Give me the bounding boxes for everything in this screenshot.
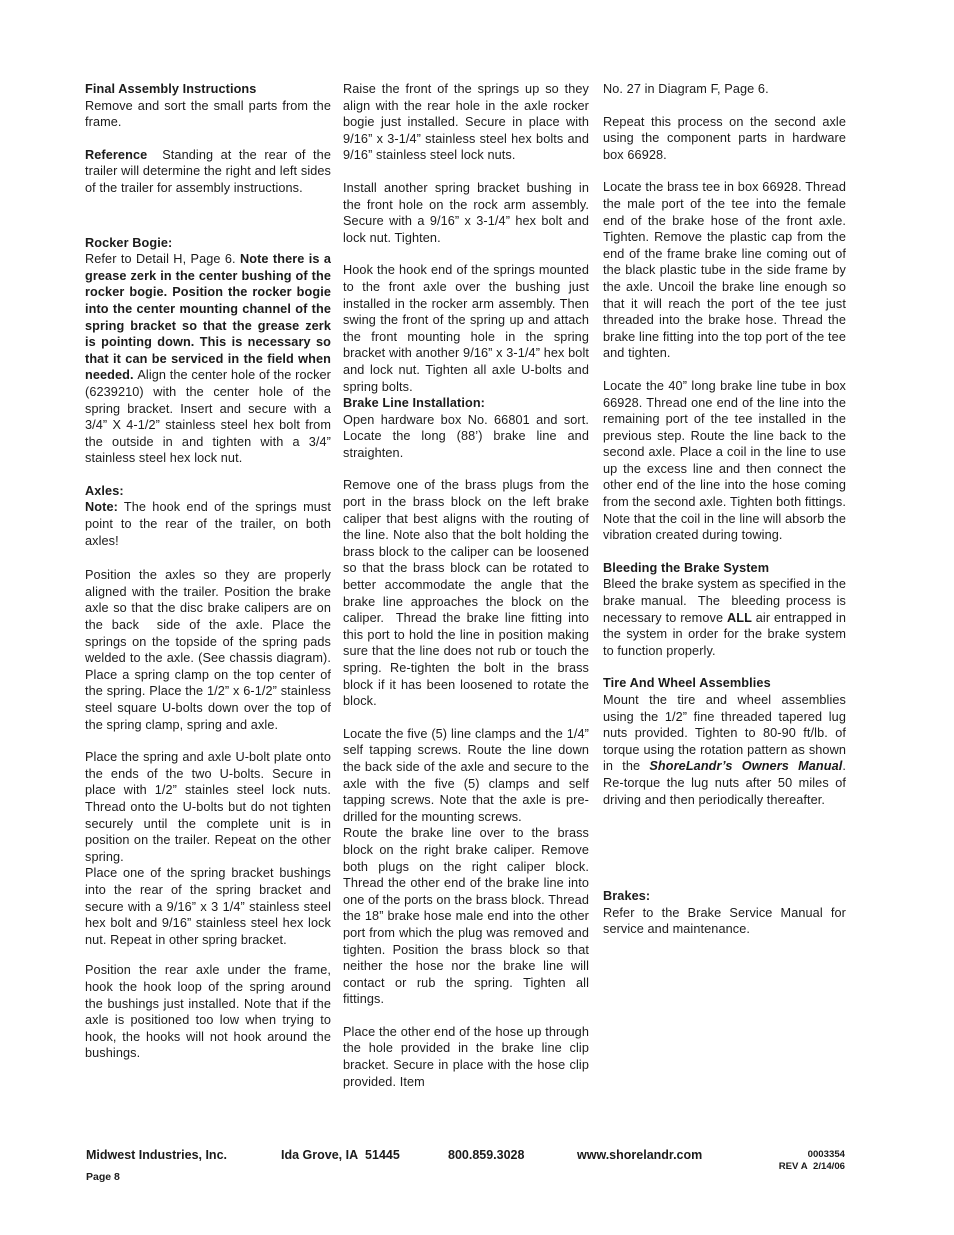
paragraph: Place the spring and axle U-bolt plate o… xyxy=(85,749,331,865)
revision-block: 0003354 REV A 2/14/06 xyxy=(779,1149,845,1172)
paragraph: Mount the tire and wheel assemblies usin… xyxy=(603,692,846,808)
column-right: No. 27 in Diagram F, Page 6.Repeat this … xyxy=(603,81,846,938)
revision-label: REV A 2/14/06 xyxy=(779,1161,845,1173)
text-run: Place the spring and axle U-bolt plate o… xyxy=(85,750,331,864)
text-run: Position the rear axle under the frame, … xyxy=(85,963,331,1060)
paragraph: Remove one of the brass plugs from the p… xyxy=(343,477,589,709)
text-run: No. 27 in Diagram F, Page 6. xyxy=(603,82,769,96)
text-run: Place one of the spring bracket bushings… xyxy=(85,866,331,946)
paragraph: Refer to Detail H, Page 6. Note there is… xyxy=(85,251,331,467)
section-heading: Final Assembly Instructions xyxy=(85,81,331,98)
paragraph: Place the other end of the hose up throu… xyxy=(343,1024,589,1090)
paragraph: No. 27 in Diagram F, Page 6. xyxy=(603,81,846,98)
text-run: Axles: xyxy=(85,484,124,498)
text-run: The hook end of the springs must point t… xyxy=(85,500,331,547)
paragraph: Position the axles so they are properly … xyxy=(85,567,331,733)
paragraph: Locate the brass tee in box 66928. Threa… xyxy=(603,179,846,362)
text-run: Route the brake line over to the brass b… xyxy=(343,826,589,1006)
text-run: Bleeding the Brake System xyxy=(603,561,769,575)
paragraph: Remove and sort the small parts from the… xyxy=(85,98,331,131)
text-run: Note there is a grease zerk in the cente… xyxy=(85,252,331,382)
text-run: Refer to Detail H, Page 6. xyxy=(85,252,240,266)
column-left: Final Assembly InstructionsRemove and so… xyxy=(85,81,331,1062)
text-run: Place the other end of the hose up throu… xyxy=(343,1025,589,1089)
text-run: Final Assembly Instructions xyxy=(85,82,256,96)
text-run: Repeat this process on the second axle u… xyxy=(603,115,846,162)
paragraph: Reference Standing at the rear of the tr… xyxy=(85,147,331,197)
paragraph: Bleed the brake system as specified in t… xyxy=(603,576,846,659)
text-run: Reference xyxy=(85,148,147,162)
text-run: Hook the hook end of the springs mounted… xyxy=(343,263,589,393)
text-run: ALL xyxy=(727,611,752,625)
section-heading: Axles: xyxy=(85,483,331,500)
document-number: 0003354 xyxy=(779,1149,845,1161)
footer-phone: 800.859.3028 xyxy=(448,1148,524,1162)
footer-location: Ida Grove, IA 51445 xyxy=(281,1148,400,1162)
column-middle: Raise the front of the springs up so the… xyxy=(343,81,589,1090)
paragraph: Note: The hook end of the springs must p… xyxy=(85,499,331,549)
paragraph: Open hardware box No. 66801 and sort. Lo… xyxy=(343,412,589,462)
section-heading: Tire And Wheel Assemblies xyxy=(603,675,846,692)
paragraph: Position the rear axle under the frame, … xyxy=(85,962,331,1062)
text-run: Brakes: xyxy=(603,889,650,903)
text-run: Tire And Wheel Assemblies xyxy=(603,676,771,690)
paragraph: Raise the front of the springs up so the… xyxy=(343,81,589,164)
section-heading: Brake Line Installation: xyxy=(343,395,589,412)
paragraph: Route the brake line over to the brass b… xyxy=(343,825,589,1008)
footer-website: www.shorelandr.com xyxy=(577,1148,702,1162)
text-run: Align the center hole of the rocker (623… xyxy=(85,368,331,465)
text-run: Remove one of the brass plugs from the p… xyxy=(343,478,589,708)
paragraph: Refer to the Brake Service Manual for se… xyxy=(603,905,846,938)
text-run: Rocker Bogie: xyxy=(85,236,172,250)
text-run: Raise the front of the springs up so the… xyxy=(343,82,589,162)
paragraph: Locate the five (5) line clamps and the … xyxy=(343,726,589,826)
paragraph: Place one of the spring bracket bushings… xyxy=(85,865,331,948)
text-run: Install another spring bracket bushing i… xyxy=(343,181,589,245)
text-run: Locate the 40” long brake line tube in b… xyxy=(603,379,846,542)
text-run: Note: xyxy=(85,500,118,514)
text-run: Locate the five (5) line clamps and the … xyxy=(343,727,589,824)
text-run: Refer to the Brake Service Manual for se… xyxy=(603,906,846,937)
text-run: ShoreLandr’s Owners Manual xyxy=(649,759,842,773)
section-heading: Brakes: xyxy=(603,888,846,905)
text-run: Remove and sort the small parts from the… xyxy=(85,99,331,130)
paragraph: Repeat this process on the second axle u… xyxy=(603,114,846,164)
text-run: Position the axles so they are properly … xyxy=(85,568,331,731)
paragraph: Install another spring bracket bushing i… xyxy=(343,180,589,246)
text-run: Locate the brass tee in box 66928. Threa… xyxy=(603,180,846,360)
section-heading: Bleeding the Brake System xyxy=(603,560,846,577)
text-run: Brake Line Installation: xyxy=(343,396,485,410)
page-number: Page 8 xyxy=(86,1171,120,1183)
text-run: Open hardware box No. 66801 and sort. Lo… xyxy=(343,413,589,460)
section-heading: Rocker Bogie: xyxy=(85,235,331,252)
document-page: Final Assembly InstructionsRemove and so… xyxy=(0,0,954,1235)
footer-company: Midwest Industries, Inc. xyxy=(86,1148,227,1162)
paragraph: Hook the hook end of the springs mounted… xyxy=(343,262,589,395)
paragraph: Locate the 40” long brake line tube in b… xyxy=(603,378,846,544)
